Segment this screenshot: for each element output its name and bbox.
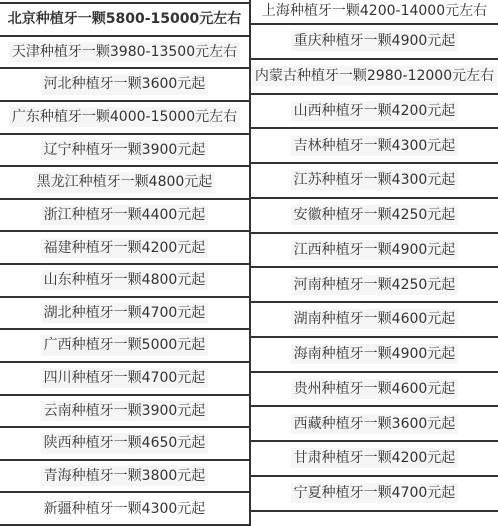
price-text: 广西种植牙一颗5000元起: [41, 335, 209, 355]
price-text: 四川种植牙一颗4700元起: [41, 368, 209, 388]
price-text: 上海种植牙一颗4200-14000元左右: [259, 1, 490, 21]
price-cell-fujian: 福建种植牙一颗4200元起: [0, 232, 249, 265]
price-cell-hebei: 河北种植牙一颗3600元起: [0, 69, 249, 102]
price-column-left: 北京种植牙一颗5800-15000元左右 天津种植牙一颗3980-13500元左…: [0, 0, 249, 526]
price-cell-gansu: 甘肃种植牙一颗4200元起: [251, 442, 498, 477]
price-text: 山西种植牙一颗4200元起: [291, 101, 459, 121]
price-cell-shanxi: 山西种植牙一颗4200元起: [251, 95, 498, 130]
price-text: 黑龙江种植牙一颗4800元起: [34, 172, 216, 192]
price-text: [372, 518, 378, 520]
price-text: 西藏种植牙一颗3600元起: [291, 414, 459, 434]
price-cell-beijing: 北京种植牙一颗5800-15000元左右: [0, 2, 249, 37]
price-text: 广东种植牙一颗4000-15000元左右: [9, 107, 240, 127]
price-text: 北京种植牙一颗5800-15000元左右: [5, 9, 244, 29]
price-text: 重庆种植牙一颗4900元起: [291, 31, 459, 51]
price-cell-chongqing: 重庆种植牙一颗4900元起: [251, 25, 498, 60]
price-text: 云南种植牙一颗3900元起: [41, 401, 209, 421]
price-cell-yunnan: 云南种植牙一颗3900元起: [0, 396, 249, 429]
price-text: 甘肃种植牙一颗4200元起: [291, 448, 459, 468]
price-cell-henan: 河南种植牙一颗4250元起: [251, 268, 498, 303]
price-text: 吉林种植牙一颗4300元起: [291, 136, 459, 156]
price-cell-xizang: 西藏种植牙一颗3600元起: [251, 407, 498, 442]
price-text: 湖北种植牙一颗4700元起: [41, 303, 209, 323]
price-cell-ningxia: 宁夏种植牙一颗4700元起: [251, 477, 498, 512]
price-cell-qinghai: 青海种植牙一颗3800元起: [0, 461, 249, 494]
price-text: 辽宁种植牙一颗3900元起: [41, 140, 209, 160]
price-text: 江西种植牙一颗4900元起: [291, 240, 459, 260]
price-cell-empty: [251, 512, 498, 526]
price-text: 海南种植牙一颗4900元起: [291, 344, 459, 364]
price-text: 浙江种植牙一颗4400元起: [41, 205, 209, 225]
price-cell-liaoning: 辽宁种植牙一颗3900元起: [0, 135, 249, 168]
price-text: 河南种植牙一颗4250元起: [291, 275, 459, 295]
price-text: 天津种植牙一颗3980-13500元左右: [9, 42, 240, 62]
price-cell-shandong: 山东种植牙一颗4800元起: [0, 265, 249, 298]
price-text: 新疆种植牙一颗4300元起: [41, 499, 209, 519]
price-text: 贵州种植牙一颗4600元起: [291, 379, 459, 399]
price-cell-zhejiang: 浙江种植牙一颗4400元起: [0, 200, 249, 233]
price-text: 内蒙古种植牙一颗2980-12000元左右: [252, 66, 497, 86]
price-cell-jiangxi: 江西种植牙一颗4900元起: [251, 234, 498, 269]
price-text: 湖南种植牙一颗4600元起: [291, 309, 459, 329]
price-cell-anhui: 安徽种植牙一颗4250元起: [251, 199, 498, 234]
price-column-right: 上海种植牙一颗4200-14000元左右 重庆种植牙一颗4900元起 内蒙古种植…: [249, 0, 498, 526]
price-text: 安徽种植牙一颗4250元起: [291, 205, 459, 225]
price-cell-guangdong: 广东种植牙一颗4000-15000元左右: [0, 102, 249, 135]
price-cell-shaanxi: 陕西种植牙一颗4650元起: [0, 428, 249, 461]
price-cell-hunan: 湖南种植牙一颗4600元起: [251, 303, 498, 338]
price-cell-tianjin: 天津种植牙一颗3980-13500元左右: [0, 37, 249, 70]
price-cell-guizhou: 贵州种植牙一颗4600元起: [251, 373, 498, 408]
price-cell-shanghai: 上海种植牙一颗4200-14000元左右: [251, 0, 498, 25]
price-cell-hainan: 海南种植牙一颗4900元起: [251, 338, 498, 373]
price-text: 宁夏种植牙一颗4700元起: [291, 483, 459, 503]
price-text: 陕西种植牙一颗4650元起: [41, 433, 209, 453]
price-cell-neimenggu: 内蒙古种植牙一颗2980-12000元左右: [251, 60, 498, 95]
price-cell-jiangsu: 江苏种植牙一颗4300元起: [251, 164, 498, 199]
price-cell-sichuan: 四川种植牙一颗4700元起: [0, 363, 249, 396]
price-text: 福建种植牙一颗4200元起: [41, 238, 209, 258]
price-text: 河北种植牙一颗3600元起: [41, 74, 209, 94]
price-text: 青海种植牙一颗3800元起: [41, 466, 209, 486]
price-cell-guangxi: 广西种植牙一颗5000元起: [0, 330, 249, 363]
price-cell-xinjiang: 新疆种植牙一颗4300元起: [0, 493, 249, 526]
price-cell-jilin: 吉林种植牙一颗4300元起: [251, 129, 498, 164]
price-cell-heilongjiang: 黑龙江种植牙一颗4800元起: [0, 167, 249, 200]
price-text: 江苏种植牙一颗4300元起: [291, 170, 459, 190]
price-text: 山东种植牙一颗4800元起: [41, 270, 209, 290]
implant-price-table: 北京种植牙一颗5800-15000元左右 天津种植牙一颗3980-13500元左…: [0, 0, 498, 526]
price-cell-hubei: 湖北种植牙一颗4700元起: [0, 298, 249, 331]
